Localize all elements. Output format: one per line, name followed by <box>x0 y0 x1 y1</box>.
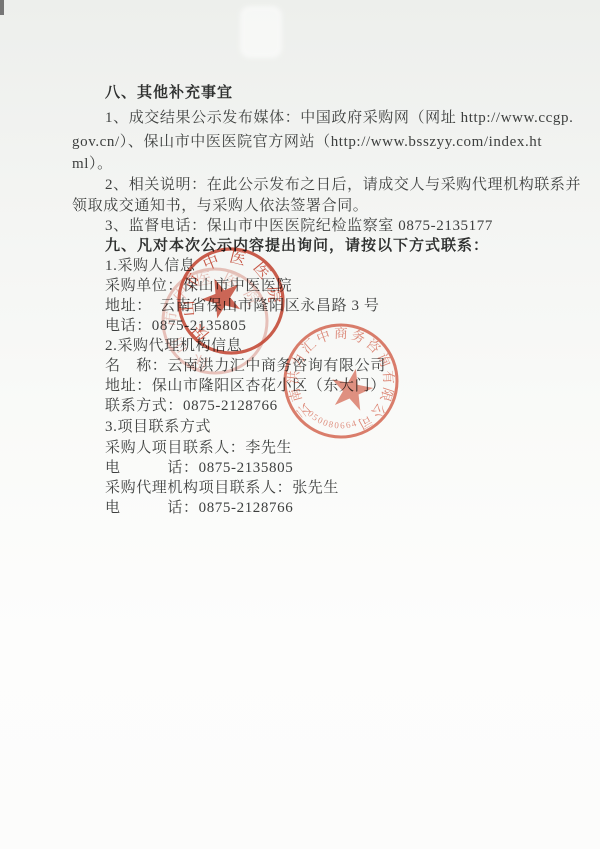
heading-other-matters: 八、其他补充事宜 <box>72 81 534 106</box>
line-publish-media: 1、成交结果公示发布媒体：中国政府采购网（网址 http://www.ccgp. <box>72 106 534 130</box>
scan-edge-artifact <box>0 0 4 15</box>
line-purchaser-name: 采购单位：保山市中医医院 <box>72 276 534 296</box>
heading-inquiry-contact: 九、凡对本次公示内容提出询问，请按以下方式联系： <box>72 236 534 256</box>
line-supervision-phone: 3、监督电话：保山市中医医院纪检监察室 0875-2135177 <box>72 216 534 236</box>
line-related-note-cont: 领取成交通知书，与采购人依法签署合同。 <box>72 196 534 216</box>
document-page: 八、其他补充事宜 1、成交结果公示发布媒体：中国政府采购网（网址 http://… <box>0 0 600 849</box>
line-publish-media-cont-2: ml）。 <box>72 154 534 174</box>
line-related-note: 2、相关说明：在此公示发布之日后，请成交人与采购代理机构联系并 <box>72 174 534 196</box>
line-purchaser-phone: 电话：0875-2135805 <box>72 316 534 336</box>
document-text: 八、其他补充事宜 1、成交结果公示发布媒体：中国政府采购网（网址 http://… <box>72 81 534 518</box>
line-agency-phone: 联系方式：0875-2128766 <box>72 396 534 416</box>
line-project-contact-label: 3.项目联系方式 <box>72 416 534 438</box>
line-purchaser-contact: 采购人项目联系人：李先生 <box>72 438 534 458</box>
line-agency-info-label: 2.采购代理机构信息 <box>72 336 534 356</box>
scan-light-artifact <box>240 6 282 58</box>
line-agency-contact: 采购代理机构项目联系人：张先生 <box>72 478 534 498</box>
line-publish-media-cont-1: gov.cn/）、保山市中医医院官方网站（http://www.bsszyy.c… <box>72 130 534 154</box>
line-purchaser-contact-phone: 电 话：0875-2135805 <box>72 458 534 478</box>
line-agency-address: 地址：保山市隆阳区杏花小区（东大门） <box>72 376 534 396</box>
line-agency-contact-phone: 电 话：0875-2128766 <box>72 498 534 518</box>
line-purchaser-info-label: 1.采购人信息 <box>72 256 534 276</box>
line-purchaser-address: 地址： 云南省保山市隆阳区永昌路 3 号 <box>72 296 534 316</box>
line-agency-name: 名 称：云南洪力汇中商务咨询有限公司 <box>72 356 534 376</box>
